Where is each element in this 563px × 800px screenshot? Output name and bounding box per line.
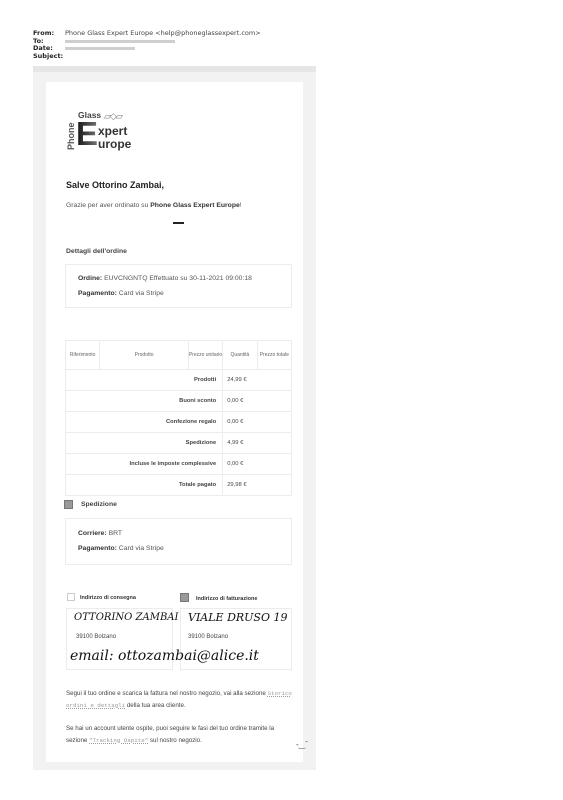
order-details-box bbox=[65, 264, 292, 308]
greeting: Salve Ottorino Zambai, bbox=[66, 180, 164, 190]
logo-e: E bbox=[76, 117, 98, 150]
summary-label: Incluse le imposte complessive bbox=[66, 454, 223, 475]
column-header: Quantità bbox=[223, 341, 257, 370]
column-header: Prezzo totale bbox=[257, 341, 291, 370]
shop-logo: Phone Glass ▱◇▱ E xpert urope bbox=[66, 108, 141, 152]
summary-value: 24,99 € bbox=[223, 370, 292, 391]
summary-label: Spedizione bbox=[66, 433, 223, 454]
order-line: Ordine: EUVCNGNTQ Effettuato su 30-11-20… bbox=[78, 275, 252, 282]
shipping-title: Spedizione bbox=[81, 501, 117, 508]
summary-value: 4,99 € bbox=[223, 433, 292, 454]
divider bbox=[173, 222, 184, 224]
subject-label: Subject: bbox=[33, 53, 65, 61]
summary-value: 0,00 € bbox=[223, 412, 292, 433]
redacted-to bbox=[65, 40, 175, 43]
thanks-text: Grazie per aver ordinato su Phone Glass … bbox=[66, 202, 242, 209]
summary-value: 0,00 € bbox=[223, 454, 292, 475]
phones-icon: ▱◇▱ bbox=[104, 111, 122, 122]
logo-urope: urope bbox=[98, 137, 131, 151]
logo-phone: Phone bbox=[66, 122, 76, 150]
summary-label: Totale pagato bbox=[66, 475, 223, 496]
shipping-payment-line: Pagamento: Card via Stripe bbox=[78, 545, 164, 552]
summary-row: Buoni sconto0,00 € bbox=[66, 391, 292, 412]
summary-label: Confezione regalo bbox=[66, 412, 223, 433]
summary-value: 29,98 € bbox=[223, 475, 292, 496]
footer-paragraph-2: Se hai un account utente ospite, puoi se… bbox=[66, 723, 291, 747]
order-details-title: Dettagli dell'ordine bbox=[66, 248, 127, 255]
summary-row: Confezione regalo0,00 € bbox=[66, 412, 292, 433]
summary-value: 0,00 € bbox=[223, 391, 292, 412]
summary-row: Totale pagato29,98 € bbox=[66, 475, 292, 496]
summary-row: Spedizione4,99 € bbox=[66, 433, 292, 454]
summary-row: Prodotti24,99 € bbox=[66, 370, 292, 391]
handwritten-email: email: ottozambai@alice.it bbox=[70, 648, 259, 664]
handwritten-name: OTTORINO ZAMBAI bbox=[74, 612, 178, 623]
delivery-city: 39100 Bolzano bbox=[76, 634, 116, 640]
carrier-line: Corriere: BRT bbox=[78, 530, 122, 537]
logo-xpert: xpert bbox=[98, 124, 127, 138]
order-table: RiferimentoProdottoPrezzo unitarioQuanti… bbox=[65, 340, 292, 496]
billing-city: 39100 Bolzano bbox=[188, 634, 228, 640]
column-header: Prodotto bbox=[100, 341, 188, 370]
delivery-address-title: Indirizzo di consegna bbox=[80, 595, 136, 601]
summary-label: Buoni sconto bbox=[66, 391, 223, 412]
delivery-checkbox-icon bbox=[67, 593, 75, 601]
redacted-date bbox=[65, 47, 135, 50]
shipping-icon bbox=[64, 500, 73, 509]
footer-paragraph-1: Segui il tuo ordine e scarica la fattura… bbox=[66, 688, 298, 712]
column-header: Prezzo unitario bbox=[188, 341, 222, 370]
billing-icon bbox=[180, 593, 189, 602]
column-header: Riferimento bbox=[66, 341, 100, 370]
from-value: Phone Glass Expert Europe <help@phonegla… bbox=[65, 30, 261, 38]
payment-line: Pagamento: Card via Stripe bbox=[78, 290, 164, 297]
summary-row: Incluse le imposte complessive0,00 € bbox=[66, 454, 292, 475]
email-header: From:Phone Glass Expert Europe <help@pho… bbox=[33, 30, 261, 60]
billing-address-title: Indirizzo di fatturazione bbox=[196, 596, 257, 602]
guest-tracking-link[interactable]: "Tracking Ospite" bbox=[89, 737, 148, 744]
summary-label: Prodotti bbox=[66, 370, 223, 391]
shipping-box bbox=[65, 518, 292, 565]
handwritten-street: VIALE DRUSO 19 bbox=[188, 611, 287, 624]
pen-mark: -‿˺ bbox=[296, 740, 308, 749]
